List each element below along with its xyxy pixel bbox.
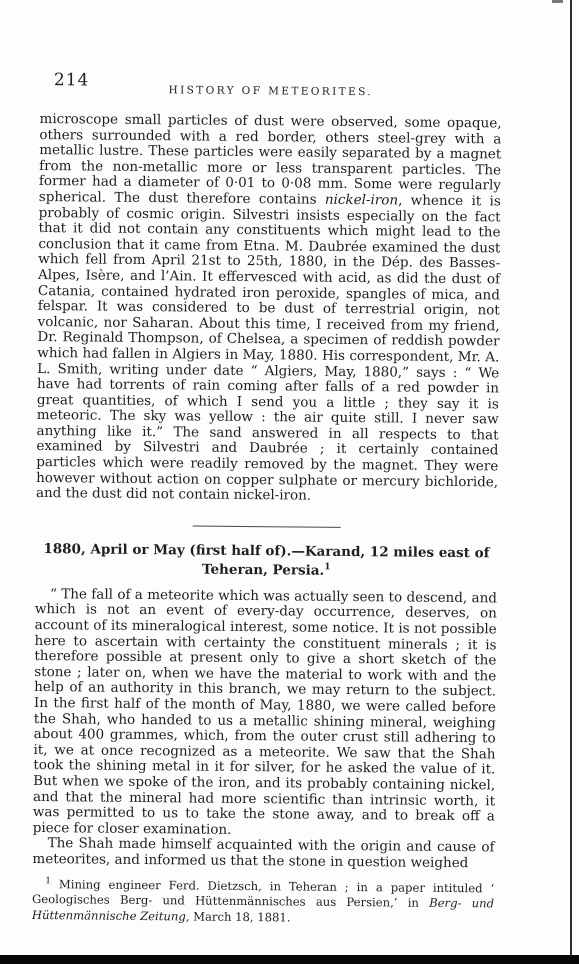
book-page: 214 HISTORY OF METEORITES. microscope sm…	[0, 0, 579, 964]
paragraph-meteorite-fall: “ The fall of a meteorite which was actu…	[33, 587, 497, 841]
scan-bottom-bar	[0, 955, 579, 964]
paragraph-dust-account: microscope small particles of dust were …	[36, 112, 502, 506]
footnote-text-end: March 18, 1881.	[189, 910, 290, 925]
footnote-text-start: Mining engineer Ferd. Dietzsch, in Teher…	[32, 877, 494, 911]
section-heading: 1880, April or May (first half of).—Kara…	[35, 540, 497, 583]
scan-right-edge-line	[570, 0, 572, 956]
paragraph-shah: The Shah made himself acquainted with th…	[32, 836, 494, 872]
page-content: 214 HISTORY OF METEORITES. microscope sm…	[32, 74, 502, 929]
scan-corner-artifact	[552, 0, 563, 3]
paragraph-dust-text-end: , whence it is probably of cosmic origin…	[36, 192, 501, 503]
heading-line2: Teheran, Persia.	[202, 562, 324, 579]
page-number: 214	[54, 70, 90, 90]
heading-line1: 1880, April or May (first half of).—Kara…	[43, 541, 489, 561]
section-divider	[193, 525, 341, 527]
italic-term-nickel-iron: nickel-iron	[325, 192, 398, 209]
running-head: HISTORY OF METEORITES.	[40, 74, 502, 99]
heading-footnote-reference: 1	[324, 563, 330, 573]
page-header: 214 HISTORY OF METEORITES.	[40, 74, 502, 114]
footnote: 1 Mining engineer Ferd. Dietzsch, in Teh…	[32, 876, 494, 928]
